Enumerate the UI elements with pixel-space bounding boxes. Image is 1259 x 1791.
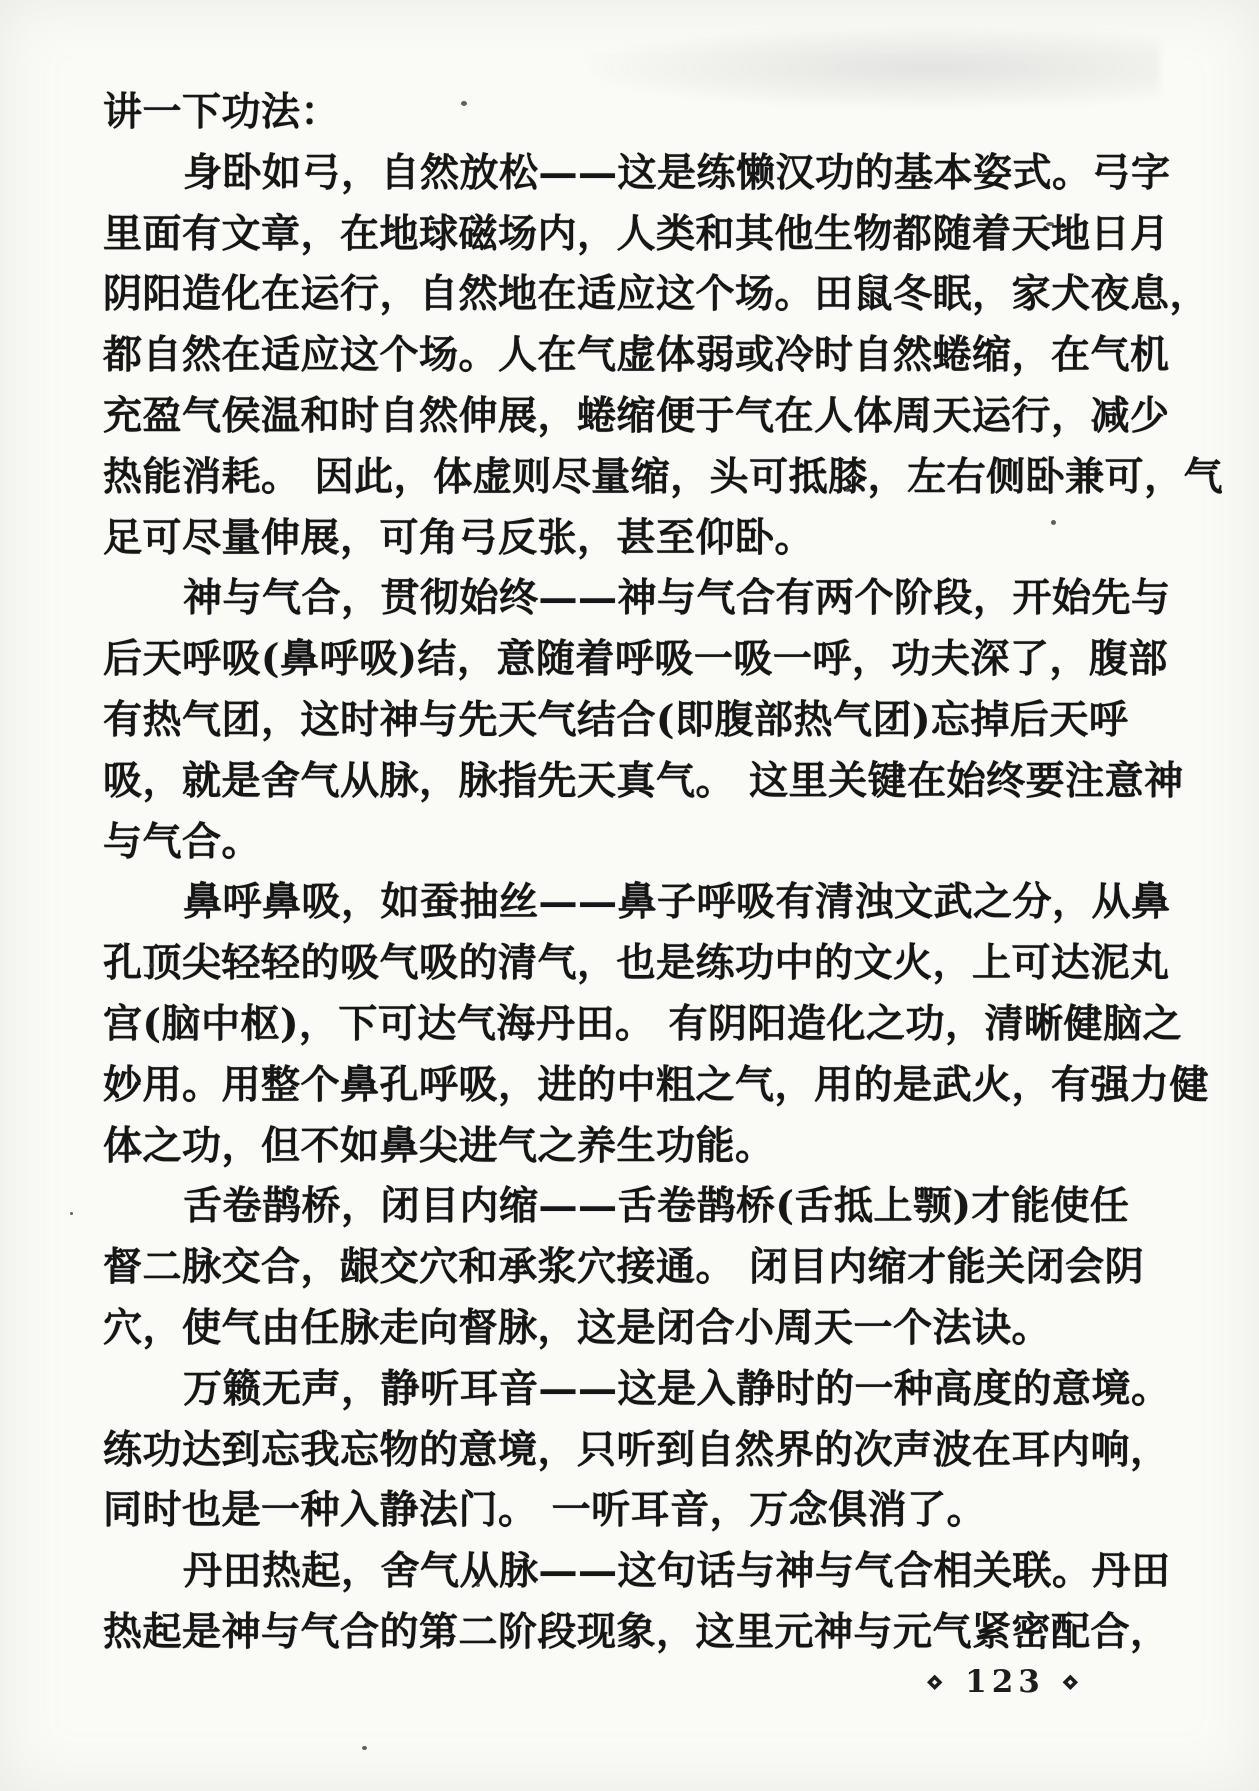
text-line: 都自然在适应这个场。人在气虚体弱或冷时自然蜷缩，在气机 <box>103 325 1171 386</box>
text-line: 丹田热起，舍气从脉——这句话与神与气合相关联。丹田 <box>103 1541 1171 1602</box>
text-line: 神与气合，贯彻始终——神与气合有两个阶段，开始先与 <box>103 568 1171 629</box>
ink-speck <box>149 963 154 968</box>
text-line: 热起是神与气合的第二阶段现象，这里元神与元气紧密配合， <box>103 1602 1171 1663</box>
ink-speck <box>957 1318 961 1322</box>
ink-speck <box>362 1746 367 1750</box>
text-line: 督二脉交合，龈交穴和承浆穴接通。 闭目内缩才能关闭会阴 <box>103 1237 1171 1298</box>
text-line: 热能消耗。 因此，体虚则尽量缩，头可抵膝，左右侧卧兼可，气 <box>103 447 1171 508</box>
text-line: 里面有文章，在地球磁场内，人类和其他生物都随着天地日月 <box>103 204 1171 265</box>
ink-speck <box>1046 222 1054 226</box>
text-line: 宫(脑中枢)，下可达气海丹田。 有阴阳造化之功，清晰健脑之 <box>103 994 1171 1055</box>
ink-speck <box>1051 520 1056 525</box>
text-line: 讲一下功法： <box>103 82 1171 143</box>
page-number: ⋄ 123 ⋄ <box>905 1662 1105 1702</box>
ink-speck <box>845 487 850 492</box>
body-text-block: 讲一下功法： 身卧如弓，自然放松——这是练懒汉功的基本姿式。弓字 里面有文章，在… <box>103 82 1171 1663</box>
text-line: 足可尽量伸展，可角弓反张，甚至仰卧。 <box>103 508 1171 569</box>
text-line: 充盈气侯温和时自然伸展，蜷缩便于气在人体周天运行，减少 <box>103 386 1171 447</box>
scanned-book-page: 讲一下功法： 身卧如弓，自然放松——这是练懒汉功的基本姿式。弓字 里面有文章，在… <box>0 0 1259 1791</box>
ink-speck <box>70 1212 73 1215</box>
text-line: 孔顶尖轻轻的吸气吸的清气，也是练功中的文火，上可达泥丸 <box>103 933 1171 994</box>
text-line: 穴，使气由任脉走向督脉，这是闭合小周天一个法诀。 <box>103 1298 1171 1359</box>
text-line: 身卧如弓，自然放松——这是练懒汉功的基本姿式。弓字 <box>103 143 1171 204</box>
text-line: 后天呼吸(鼻呼吸)结，意随着呼吸一吸一呼，功夫深了，腹部 <box>103 629 1171 690</box>
text-line: 吸，就是舍气从脉，脉指先天真气。 这里关键在始终要注意神 <box>103 751 1171 812</box>
text-line: 舌卷鹊桥，闭目内缩——舌卷鹊桥(舌抵上颚)才能使任 <box>103 1176 1171 1237</box>
text-line: 有热气团，这时神与先天气结合(即腹部热气团)忘掉后天呼 <box>103 690 1171 751</box>
text-line: 阴阳造化在运行，自然地在适应这个场。田鼠冬眠，家犬夜息， <box>103 264 1171 325</box>
text-line: 妙用。用整个鼻孔呼吸，进的中粗之气，用的是武火，有强力健 <box>103 1055 1171 1116</box>
text-line: 体之功，但不如鼻尖进气之养生功能。 <box>103 1116 1171 1177</box>
text-line: 与气合。 <box>103 812 1171 873</box>
ink-speck <box>461 101 467 106</box>
ink-speck <box>476 1583 480 1587</box>
text-line: 同时也是一种入静法门。 一听耳音，万念俱消了。 <box>103 1480 1171 1541</box>
text-line: 鼻呼鼻吸，如蚕抽丝——鼻子呼吸有清浊文武之分，从鼻 <box>103 872 1171 933</box>
text-line: 练功达到忘我忘物的意境，只听到自然界的次声波在耳内响， <box>103 1420 1171 1481</box>
text-line: 万籁无声，静听耳音——这是入静时的一种高度的意境。 <box>103 1359 1171 1420</box>
